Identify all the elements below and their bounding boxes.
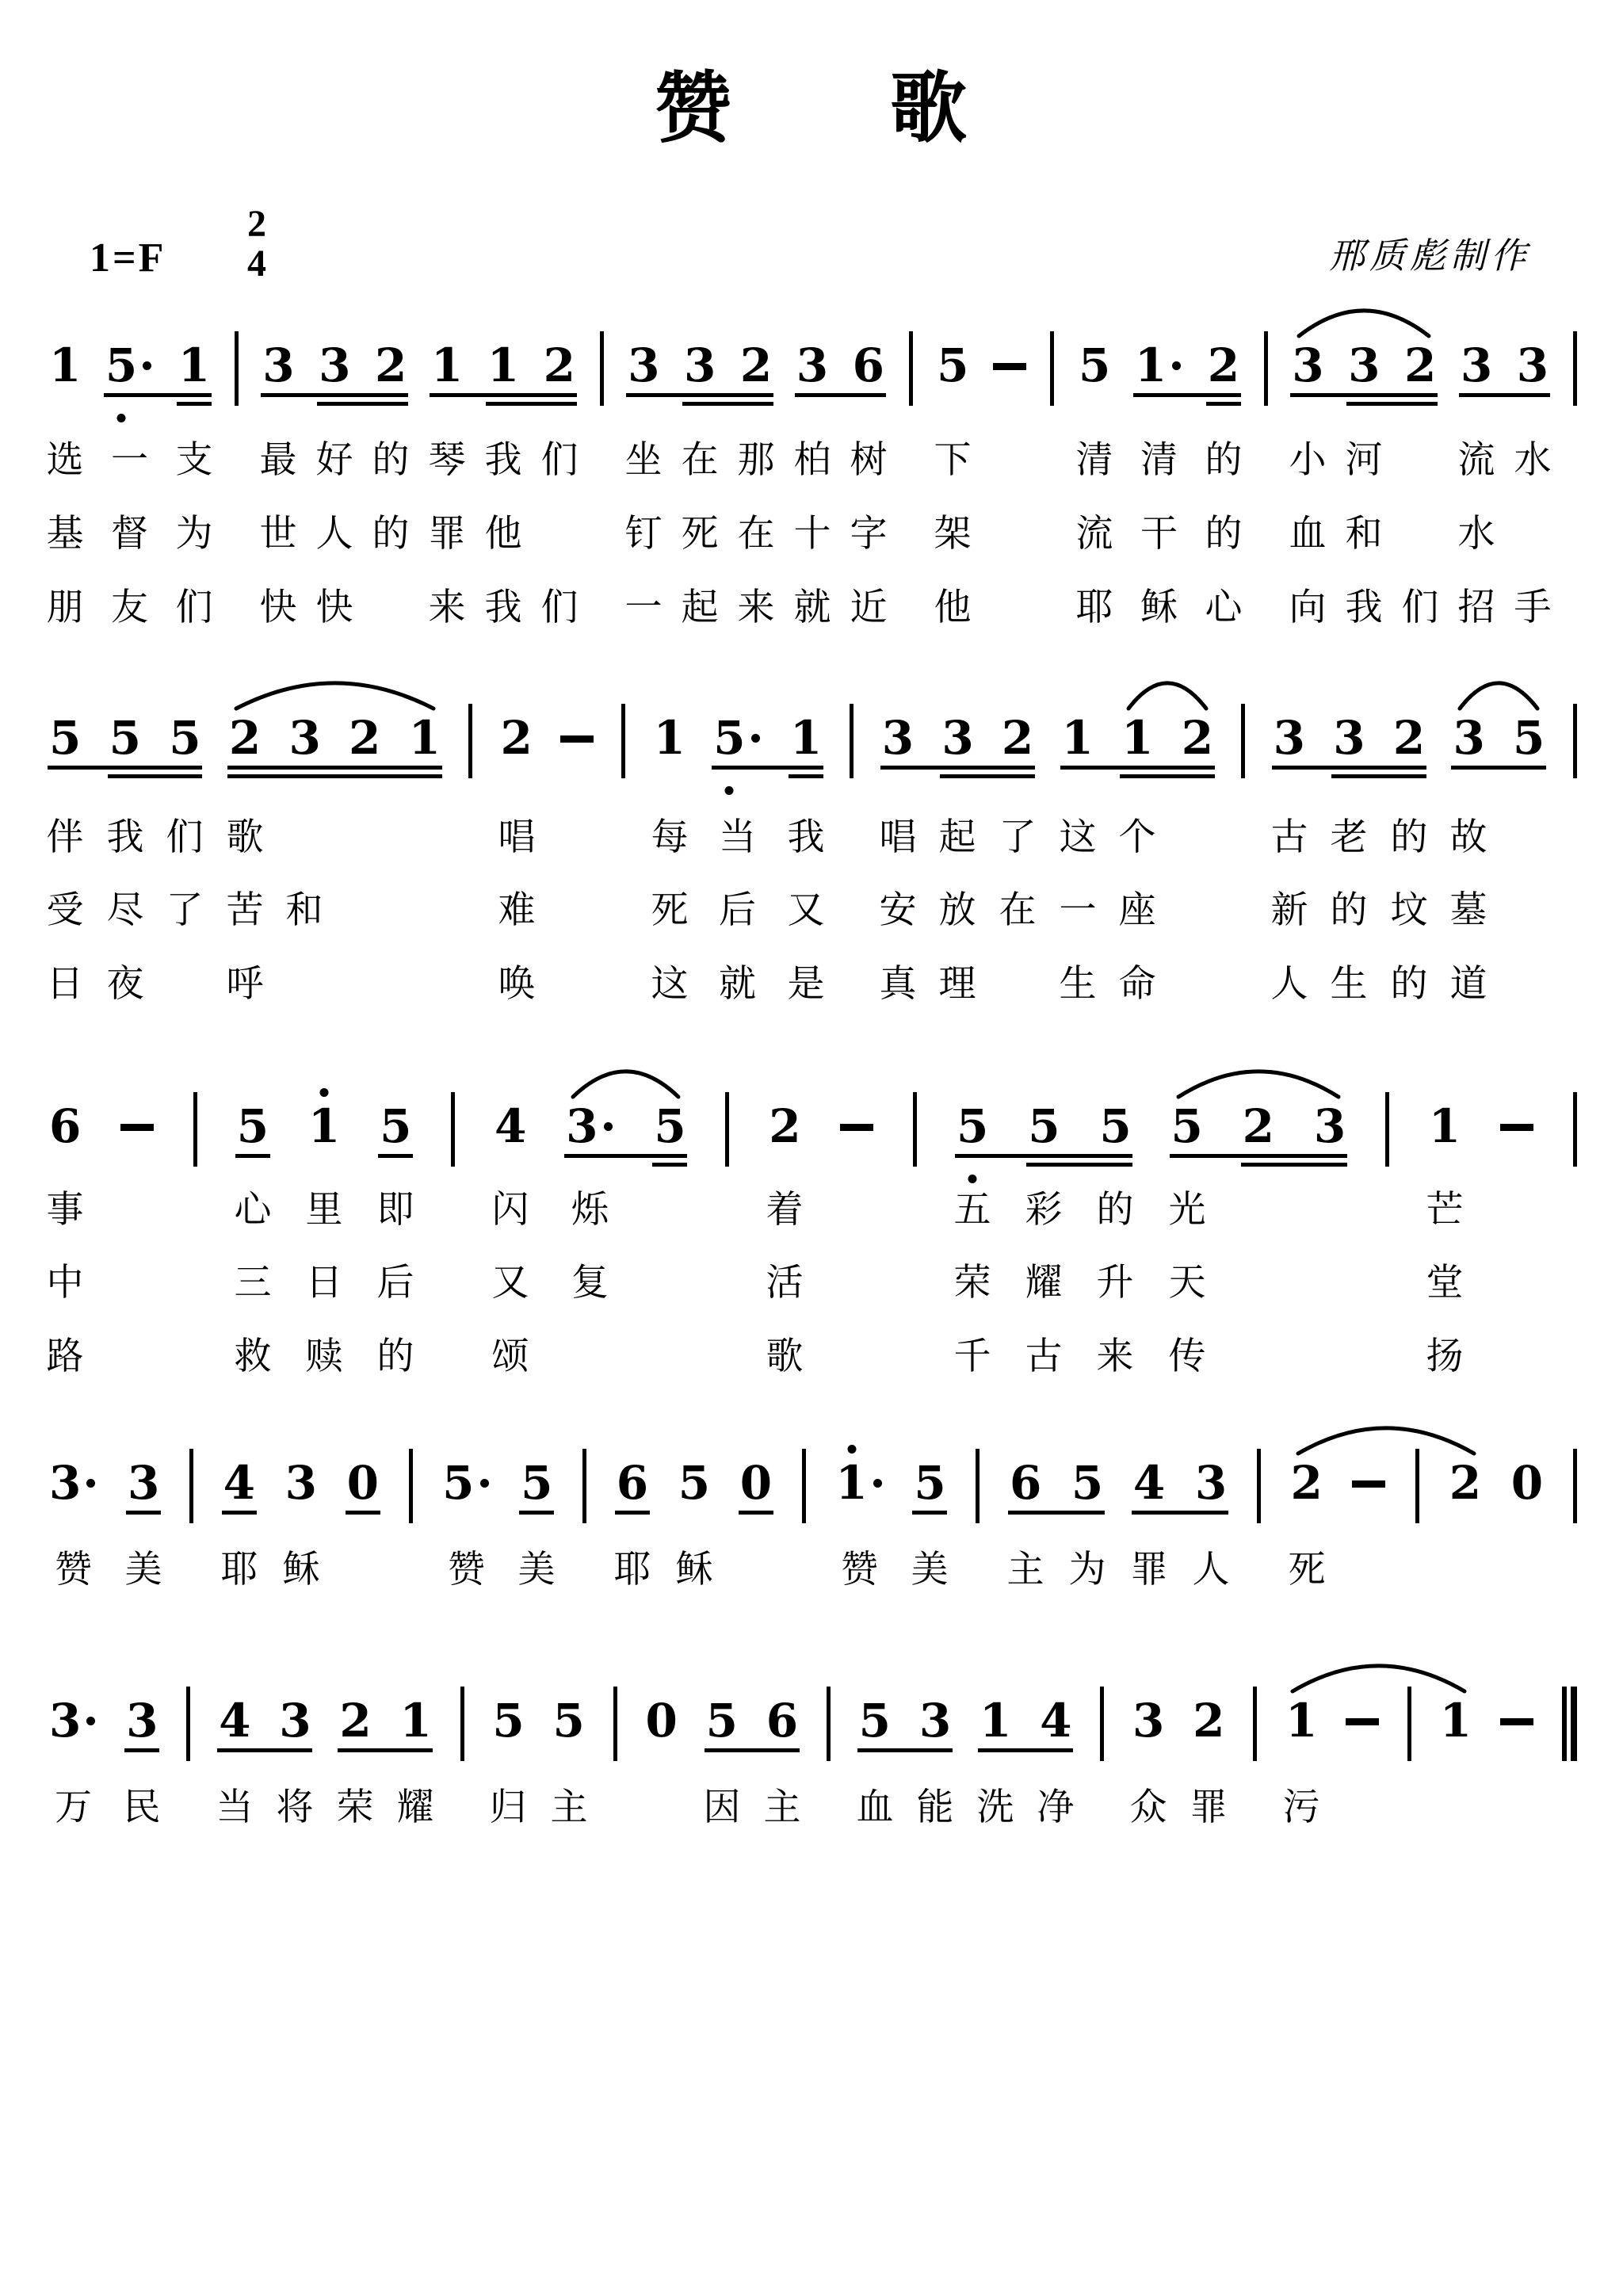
- lyric-syllable: 基: [47, 511, 84, 556]
- lyric-syllable: 耀: [397, 1785, 434, 1829]
- lyric-syllable: 一: [625, 585, 663, 629]
- note-token: 5: [1513, 713, 1545, 762]
- lyric-syllable: 是: [788, 961, 825, 1006]
- lyric-syllable: 唤: [498, 961, 536, 1006]
- note-token: 1: [308, 1102, 340, 1151]
- slur-curve: [1296, 304, 1431, 339]
- note-token: 5: [492, 1696, 524, 1745]
- lyric-syllable: 净: [1037, 1785, 1075, 1829]
- note-token: 3: [126, 1696, 158, 1745]
- lyric-syllable: 生: [1060, 961, 1097, 1006]
- note-digit: 1: [980, 1696, 1011, 1745]
- lyric-syllable: 们: [541, 437, 579, 482]
- lyric-line: 受尽了苦和难死后又安放在一座新的坟墓: [49, 888, 1577, 932]
- lyric-syllable: 赞: [55, 1547, 92, 1591]
- note-digit: 1: [487, 341, 519, 390]
- note-token: 1: [399, 1696, 431, 1745]
- lyric-syllable: 传: [1169, 1334, 1206, 1378]
- note-token: 2: [1193, 1696, 1224, 1745]
- note-digit: 5: [169, 713, 200, 762]
- lyric-syllable: 美: [125, 1547, 162, 1591]
- note-token: 3: [1132, 1696, 1164, 1745]
- beam-line: [1331, 774, 1426, 778]
- lyric-syllable: 日: [306, 1260, 343, 1305]
- note-token: 3: [1274, 713, 1305, 762]
- barline: [613, 1687, 617, 1761]
- note-digit: 5: [859, 1696, 891, 1745]
- lyric-syllable: 快: [316, 585, 353, 629]
- slur-curve: [1290, 1660, 1467, 1694]
- lyric-syllable: 坐: [625, 437, 663, 482]
- lyric-syllable: 人: [1193, 1547, 1230, 1591]
- note-token: 2: [375, 341, 407, 390]
- lyric-syllable: 手: [1514, 585, 1552, 629]
- beam-line: [795, 393, 886, 397]
- note-token: 3: [288, 713, 320, 762]
- note-token: 3: [882, 713, 914, 762]
- note-token: 2: [1208, 341, 1239, 390]
- note-token: 3: [1461, 341, 1492, 390]
- lyric-syllable: 路: [47, 1334, 84, 1378]
- note-digit: 5: [914, 1458, 945, 1507]
- lyric-syllable: 清: [1140, 437, 1178, 482]
- note-token: 5: [706, 1696, 738, 1745]
- note-token: 3: [796, 341, 828, 390]
- lyric-syllable: 即: [377, 1187, 414, 1232]
- barline: [600, 331, 604, 406]
- note-token: 5: [169, 713, 200, 762]
- beam-line: [615, 1511, 650, 1515]
- note-digit: 1: [308, 1102, 340, 1151]
- note-digit: 1: [1135, 341, 1167, 390]
- beam-line: [317, 402, 408, 406]
- lyric-syllable: 们: [176, 585, 213, 629]
- beam-line: [857, 1748, 953, 1752]
- song-title: 赞 歌: [0, 46, 1623, 157]
- key-text: 1=F: [90, 235, 166, 281]
- beam-line: [564, 1154, 687, 1158]
- beam-line: [235, 1154, 270, 1158]
- lyric-syllable: 罪: [1131, 1547, 1168, 1591]
- beam-line: [177, 402, 212, 406]
- lyric-syllable: 光: [1169, 1187, 1206, 1232]
- barline: [1253, 1687, 1257, 1761]
- barline: [621, 704, 625, 778]
- note-token: 5: [521, 1458, 552, 1507]
- lyric-syllable: 每: [651, 815, 689, 859]
- lyric-syllable: 能: [917, 1785, 954, 1829]
- note-digit: 3: [628, 341, 659, 390]
- note-token: 3: [941, 713, 973, 762]
- lyric-syllable: 赎: [306, 1334, 343, 1378]
- note-digit: 3: [1461, 341, 1492, 390]
- note-token: 5: [654, 1102, 685, 1151]
- note-digit: 1: [654, 713, 685, 762]
- music-system: 15133211233236551233233选一支最好的琴我们坐在那柏树下清清…: [49, 341, 1577, 390]
- note-digit: 1: [1440, 1696, 1472, 1745]
- note-token: 4: [223, 1458, 255, 1507]
- note-token: 2: [740, 341, 772, 390]
- lyric-syllable: 树: [850, 437, 888, 482]
- music-system: 3343055650156543220赞美耶稣赞美耶稣赞美主为罪人死: [49, 1458, 1577, 1507]
- duration-dash: [840, 1124, 873, 1131]
- barline: [582, 1449, 586, 1523]
- lyric-syllable: 朋: [47, 585, 84, 629]
- duration-dot: [86, 1717, 95, 1725]
- notation-line: 651543525555231: [49, 1102, 1577, 1151]
- note-digit: 2: [1002, 713, 1033, 762]
- note-digit: 1: [178, 341, 210, 390]
- note-token: 5: [713, 713, 762, 762]
- lyric-syllable: 救: [235, 1334, 272, 1378]
- meter-numerator: 2: [231, 204, 283, 244]
- note-digit: 4: [219, 1696, 250, 1745]
- lyric-syllable: 的: [1205, 437, 1243, 482]
- barline: [909, 331, 913, 406]
- note-digit: 2: [544, 341, 575, 390]
- lyric-syllable: 伴: [47, 815, 84, 859]
- note-digit: 3: [1333, 713, 1365, 762]
- lyric-syllable: 主: [1007, 1547, 1044, 1591]
- note-token: 4: [1133, 1458, 1165, 1507]
- lyric-syllable: 中: [47, 1260, 84, 1305]
- lyric-syllable: 人: [316, 511, 353, 556]
- note-token: 1: [1440, 1696, 1472, 1745]
- lyric-syllable: 千: [954, 1334, 991, 1378]
- note-digit: 2: [229, 713, 261, 762]
- note-digit: 2: [769, 1102, 800, 1151]
- barline: [1573, 331, 1577, 406]
- lyric-line: 赞美耶稣赞美耶稣赞美主为罪人死: [49, 1547, 1577, 1591]
- beam-line: [222, 1511, 257, 1515]
- lyric-syllable: 河: [1346, 437, 1383, 482]
- lyric-syllable: 复: [571, 1260, 609, 1305]
- lyric-syllable: 将: [277, 1785, 314, 1829]
- lyric-syllable: 稣: [1140, 585, 1178, 629]
- lyric-syllable: 在: [738, 511, 775, 556]
- note-token: 1: [431, 341, 463, 390]
- note-token: 2: [501, 713, 533, 762]
- beam-line: [1206, 402, 1241, 406]
- note-token: 3: [628, 341, 659, 390]
- duration-dash: [1500, 1124, 1533, 1131]
- lyric-syllable: 罪: [429, 511, 466, 556]
- note-token: 3: [1453, 713, 1484, 762]
- lyric-syllable: 道: [1450, 961, 1487, 1006]
- note-token: 5: [237, 1102, 269, 1151]
- barline: [725, 1092, 729, 1167]
- barline: [460, 1687, 464, 1761]
- note-digit: 2: [1193, 1696, 1224, 1745]
- lyric-syllable: 小: [1289, 437, 1327, 482]
- lyric-syllable: 罪: [1190, 1785, 1228, 1829]
- lyric-syllable: 血: [1289, 511, 1327, 556]
- lyric-syllable: 水: [1458, 511, 1495, 556]
- lyric-syllable: 墓: [1450, 888, 1487, 932]
- lyric-line: 路救赎的颂歌千古来传扬: [49, 1334, 1577, 1378]
- slur-curve: [234, 677, 436, 712]
- beam-line: [346, 1511, 380, 1515]
- note-token: 3: [319, 341, 350, 390]
- note-digit: 2: [1208, 341, 1239, 390]
- lyric-syllable: 就: [794, 585, 831, 629]
- lyric-syllable: 耶: [221, 1547, 258, 1591]
- lyric-syllable: 苦: [227, 888, 264, 932]
- note-token: 3: [262, 341, 294, 390]
- note-digit: 3: [1314, 1102, 1346, 1151]
- duration-dot: [86, 1479, 95, 1488]
- note-token: 3: [566, 1102, 614, 1151]
- lyric-syllable: 的: [1205, 511, 1243, 556]
- lyric-syllable: 我: [485, 437, 522, 482]
- meter-fraction: 2 4: [231, 204, 283, 284]
- note-digit: 3: [882, 713, 914, 762]
- note-digit: 4: [495, 1102, 526, 1151]
- note-digit: 5: [654, 1102, 685, 1151]
- beam-line: [940, 774, 1035, 778]
- note-token: 2: [229, 713, 261, 762]
- lyric-syllable: 我: [1346, 585, 1383, 629]
- note-token: 3: [285, 1458, 317, 1507]
- note-digit: 2: [349, 713, 380, 762]
- lyric-syllable: 支: [176, 437, 213, 482]
- note-digit: 4: [1133, 1458, 1165, 1507]
- note-token: 2: [1182, 713, 1213, 762]
- note-digit: 3: [1292, 341, 1323, 390]
- note-token: 1: [654, 713, 685, 762]
- note-token: 2: [349, 713, 380, 762]
- lyric-syllable: 的: [372, 511, 410, 556]
- note-token: 5: [957, 1102, 988, 1151]
- note-token: 3: [1195, 1458, 1227, 1507]
- note-token: 1: [1135, 341, 1183, 390]
- barline: [1407, 1687, 1411, 1761]
- beam-line: [1290, 393, 1438, 397]
- note-token: 5: [859, 1696, 891, 1745]
- lyric-syllable: 为: [176, 511, 213, 556]
- lyric-line: 中三日后又复活荣耀升天堂: [49, 1260, 1577, 1305]
- lyric-syllable: 起: [682, 585, 719, 629]
- lyric-syllable: 招: [1458, 585, 1495, 629]
- note-digit: 3: [1195, 1458, 1227, 1507]
- lyric-syllable: 好: [316, 437, 353, 482]
- note-token: 5: [678, 1458, 710, 1507]
- beam-line: [1241, 1163, 1347, 1167]
- lyric-syllable: 世: [260, 511, 297, 556]
- lyric-syllable: 的: [377, 1334, 414, 1378]
- beam-line: [338, 1748, 433, 1752]
- lyric-syllable: 芒: [1426, 1187, 1464, 1232]
- lyric-syllable: 新: [1271, 888, 1308, 932]
- lyric-syllable: 了: [166, 888, 204, 932]
- lyric-syllable: 心: [235, 1187, 272, 1232]
- music-system: 5552321215133211233235伴我们歌唱每当我唱起了这个古老的故受…: [49, 713, 1577, 762]
- beam-line: [1008, 1511, 1105, 1515]
- note-token: 2: [1404, 341, 1436, 390]
- lyric-syllable: 近: [850, 585, 888, 629]
- rest-token: 0: [1511, 1458, 1543, 1507]
- notation-line: 3343215505653143211: [49, 1696, 1577, 1745]
- note-token: 3: [1314, 1102, 1346, 1151]
- note-digit: 4: [1040, 1696, 1071, 1745]
- duration-dash: [1500, 1718, 1533, 1725]
- beam-line: [48, 766, 202, 770]
- beam-line: [217, 1748, 312, 1752]
- note-digit: 3: [941, 713, 973, 762]
- note-digit: 5: [1028, 1102, 1060, 1151]
- lyric-syllable: 稣: [676, 1547, 713, 1591]
- lyric-syllable: 耀: [1025, 1260, 1063, 1305]
- note-token: 3: [1517, 341, 1549, 390]
- beam-line: [1170, 1154, 1347, 1158]
- note-token: 4: [495, 1102, 526, 1151]
- slur-curve: [1126, 677, 1209, 712]
- note-token: 1: [835, 1458, 884, 1507]
- beam-line: [626, 393, 773, 397]
- note-digit: 1: [1062, 713, 1094, 762]
- note-digit: 2: [1182, 713, 1213, 762]
- note-token: 3: [49, 1696, 97, 1745]
- note-token: 2: [769, 1102, 800, 1151]
- lyric-syllable: 的: [1097, 1187, 1134, 1232]
- lyric-syllable: 日: [47, 961, 84, 1006]
- note-token: 3: [919, 1696, 951, 1745]
- duration-dot: [143, 361, 151, 370]
- lyric-syllable: 污: [1283, 1785, 1320, 1829]
- lyric-syllable: 这: [1060, 815, 1097, 859]
- note-token: 1: [790, 713, 822, 762]
- beam-line: [880, 766, 1035, 770]
- duration-dot: [873, 1479, 882, 1488]
- note-digit: 3: [566, 1102, 598, 1151]
- barline: [1100, 1687, 1104, 1761]
- note-token: 2: [1449, 1458, 1481, 1507]
- lyric-syllable: 死: [682, 511, 719, 556]
- lyric-syllable: 起: [939, 815, 976, 859]
- note-token: 3: [49, 1458, 97, 1507]
- lyric-syllable: 心: [1205, 585, 1243, 629]
- lyric-syllable: 美: [518, 1547, 556, 1591]
- note-token: 5: [1171, 1102, 1203, 1151]
- note-token: 5: [553, 1696, 585, 1745]
- lyric-syllable: 督: [111, 511, 148, 556]
- music-system: 651543525555231事心里即闪烁着五彩的光芒中三日后又复活荣耀升天堂路…: [49, 1102, 1577, 1151]
- barline: [802, 1449, 806, 1523]
- note-digit: 3: [919, 1696, 951, 1745]
- note-digit: 3: [288, 713, 320, 762]
- note-digit: 6: [766, 1696, 798, 1745]
- lyric-syllable: 最: [260, 437, 297, 482]
- note-digit: 1: [1429, 1102, 1461, 1151]
- duration-dash: [1352, 1480, 1385, 1488]
- note-digit: 3: [319, 341, 350, 390]
- lyric-syllable: 流: [1458, 437, 1495, 482]
- beam-line: [789, 774, 823, 778]
- meter-denominator: 4: [231, 244, 283, 284]
- lyric-syllable: 就: [719, 961, 756, 1006]
- duration-dot: [480, 1479, 489, 1488]
- lyric-syllable: 五: [954, 1187, 991, 1232]
- lyric-syllable: 清: [1076, 437, 1113, 482]
- lyric-syllable: 民: [124, 1785, 161, 1829]
- lyric-syllable: 扬: [1426, 1334, 1464, 1378]
- note-token: 6: [766, 1696, 798, 1745]
- lyric-syllable: 一: [1060, 888, 1097, 932]
- lyric-syllable: 的: [372, 437, 410, 482]
- slur-arc: [1296, 1422, 1476, 1457]
- note-token: 1: [49, 341, 81, 390]
- note-digit: 2: [375, 341, 407, 390]
- lyric-syllable: 这: [651, 961, 689, 1006]
- note-token: 2: [339, 1696, 371, 1745]
- note-digit: 1: [835, 1458, 867, 1507]
- note-token: 5: [1099, 1102, 1131, 1151]
- barline: [850, 704, 854, 778]
- lyric-syllable: 柏: [794, 437, 831, 482]
- note-token: 6: [853, 341, 884, 390]
- beam-line: [912, 1511, 947, 1515]
- lyric-syllable: 快: [260, 585, 297, 629]
- note-digit: 5: [1071, 1458, 1103, 1507]
- beam-line: [1133, 393, 1241, 397]
- lyric-syllable: 唱: [880, 815, 917, 859]
- slur-arc: [1457, 677, 1540, 712]
- note-token: 1: [980, 1696, 1011, 1745]
- lyric-syllable: 选: [47, 437, 84, 482]
- duration-dot: [604, 1122, 613, 1131]
- lyric-line: 选一支最好的琴我们坐在那柏树下清清的小河流水: [49, 437, 1577, 482]
- note-digit: 3: [128, 1458, 159, 1507]
- barline: [451, 1092, 455, 1167]
- note-digit: 5: [1513, 713, 1545, 762]
- barline: [913, 1092, 917, 1167]
- lyric-syllable: 座: [1119, 888, 1156, 932]
- lyric-syllable: 众: [1130, 1785, 1167, 1829]
- note-token: 4: [1040, 1696, 1071, 1745]
- lyric-syllable: 当: [216, 1785, 254, 1829]
- lyric-syllable: 尽: [107, 888, 144, 932]
- note-token: 3: [128, 1458, 159, 1507]
- note-token: 6: [1010, 1458, 1041, 1507]
- note-digit: 6: [617, 1458, 648, 1507]
- note-digit: 2: [1393, 713, 1425, 762]
- lyric-syllable: 我: [788, 815, 825, 859]
- note-digit: 4: [223, 1458, 255, 1507]
- lyric-syllable: 了: [999, 815, 1037, 859]
- note-digit: 3: [1517, 341, 1549, 390]
- lyric-syllable: 洗: [977, 1785, 1014, 1829]
- rest-token: 0: [740, 1458, 772, 1507]
- lyric-syllable: 坟: [1391, 888, 1428, 932]
- beam-line: [378, 1154, 413, 1158]
- note-token: 5: [1071, 1458, 1103, 1507]
- beam-line: [1120, 774, 1215, 778]
- note-token: 1: [1285, 1696, 1317, 1745]
- barline: [827, 1687, 831, 1761]
- beam-line: [1026, 1163, 1132, 1167]
- note-token: 5: [1028, 1102, 1060, 1151]
- note-token: 5: [49, 713, 81, 762]
- note-digit: 5: [492, 1696, 524, 1745]
- lyric-line: 事心里即闪烁着五彩的光芒: [49, 1187, 1577, 1232]
- barline: [1385, 1092, 1389, 1167]
- lyric-syllable: 当: [719, 815, 756, 859]
- beam-line: [1060, 766, 1215, 770]
- note-digit: 3: [1348, 341, 1380, 390]
- beam-line: [682, 402, 773, 406]
- slur-arc: [1290, 1660, 1467, 1694]
- barline: [1415, 1449, 1419, 1523]
